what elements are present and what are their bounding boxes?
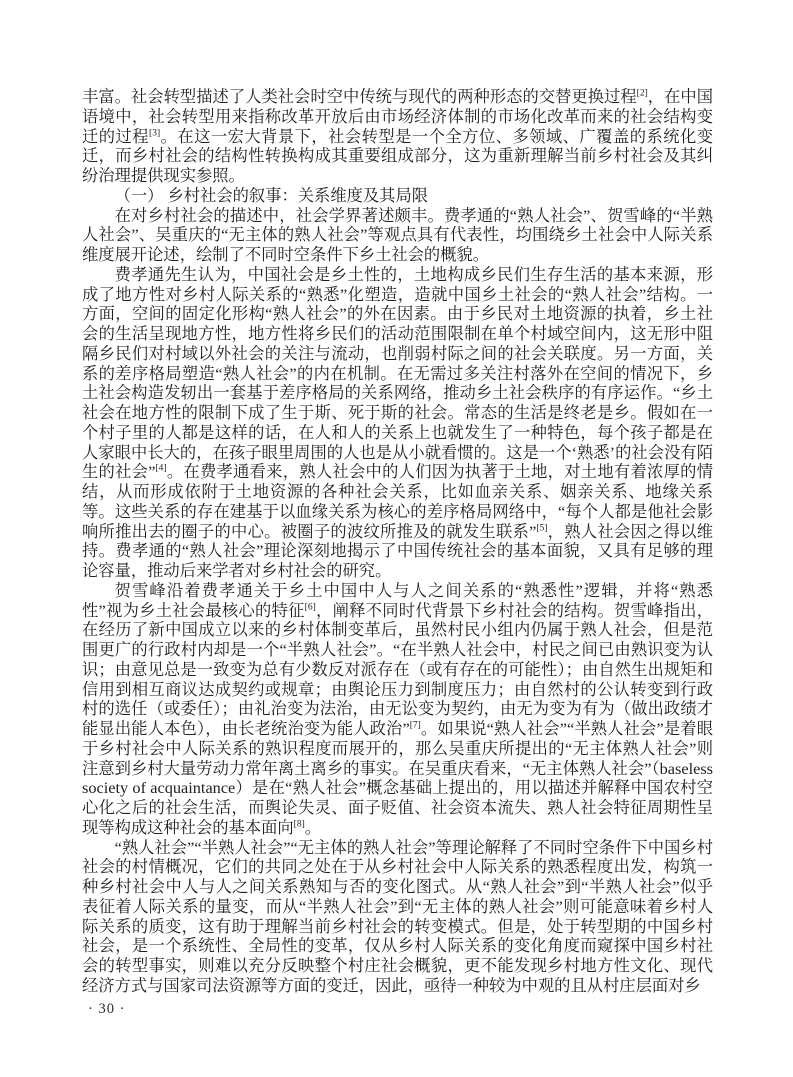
- paragraph: 费孝通先生认为，中国社会是乡土性的，土地构成乡民们生存生活的基本来源，形成了地方…: [82, 265, 713, 581]
- paragraph-text: 丰富。社会转型描述了人类社会时空中传统与现代的两种形态的交替更换过程: [82, 87, 637, 106]
- footnote-ref: [2]: [637, 89, 648, 99]
- section-heading: （一） 乡村社会的叙事：关系维度及其局限: [82, 186, 713, 206]
- footnote-ref: [3]: [149, 128, 160, 138]
- page-number: · 30 ·: [88, 1000, 125, 1018]
- footnote-ref: [7]: [410, 721, 421, 731]
- footnote-ref: [6]: [305, 602, 316, 612]
- paragraph: “熟人社会”“半熟人社会”“无主体的熟人社会”等理论解释了不同时空条件下中国乡村…: [82, 838, 713, 996]
- paragraph-text: （一） 乡村社会的叙事：关系维度及其局限: [115, 186, 428, 205]
- paragraph-text: ，阐释不同时代背景下乡村社会的结构。贺雪峰指出，在经历了新中国成立以来的乡村体制…: [82, 601, 713, 739]
- article-body: 丰富。社会转型描述了人类社会时空中传统与现代的两种形态的交替更换过程[2]，在中…: [82, 87, 713, 996]
- paragraph: 贺雪峰沿着费孝通关于乡土中国中人与人之间关系的“熟悉性”逻辑，并将“熟悉性”视为…: [82, 581, 713, 838]
- footnote-ref: [4]: [155, 464, 166, 474]
- footnote-ref: [5]: [536, 523, 547, 533]
- paragraph: 丰富。社会转型描述了人类社会时空中传统与现代的两种形态的交替更换过程[2]，在中…: [82, 87, 713, 186]
- paragraph-text: 费孝通先生认为，中国社会是乡土性的，土地构成乡民们生存生活的基本来源，形成了地方…: [82, 265, 713, 482]
- paragraph-text: 。在这一宏大背景下，社会转型是一个全方位、多领域、广覆盖的系统化变迁，而乡村社会…: [82, 127, 713, 186]
- footnote-ref: [8]: [294, 819, 305, 829]
- paragraph-text: 在对乡村社会的描述中，社会学界著述颇丰。费孝通的“熟人社会”、贺雪峰的“半熟人社…: [82, 206, 713, 265]
- paper-page: { "page": { "background": "#ffffff", "te…: [0, 0, 793, 1077]
- paragraph-text: 。: [305, 818, 321, 837]
- paragraph: 在对乡村社会的描述中，社会学界著述颇丰。费孝通的“熟人社会”、贺雪峰的“半熟人社…: [82, 206, 713, 265]
- paragraph-text: “熟人社会”“半熟人社会”“无主体的熟人社会”等理论解释了不同时空条件下中国乡村…: [82, 838, 713, 995]
